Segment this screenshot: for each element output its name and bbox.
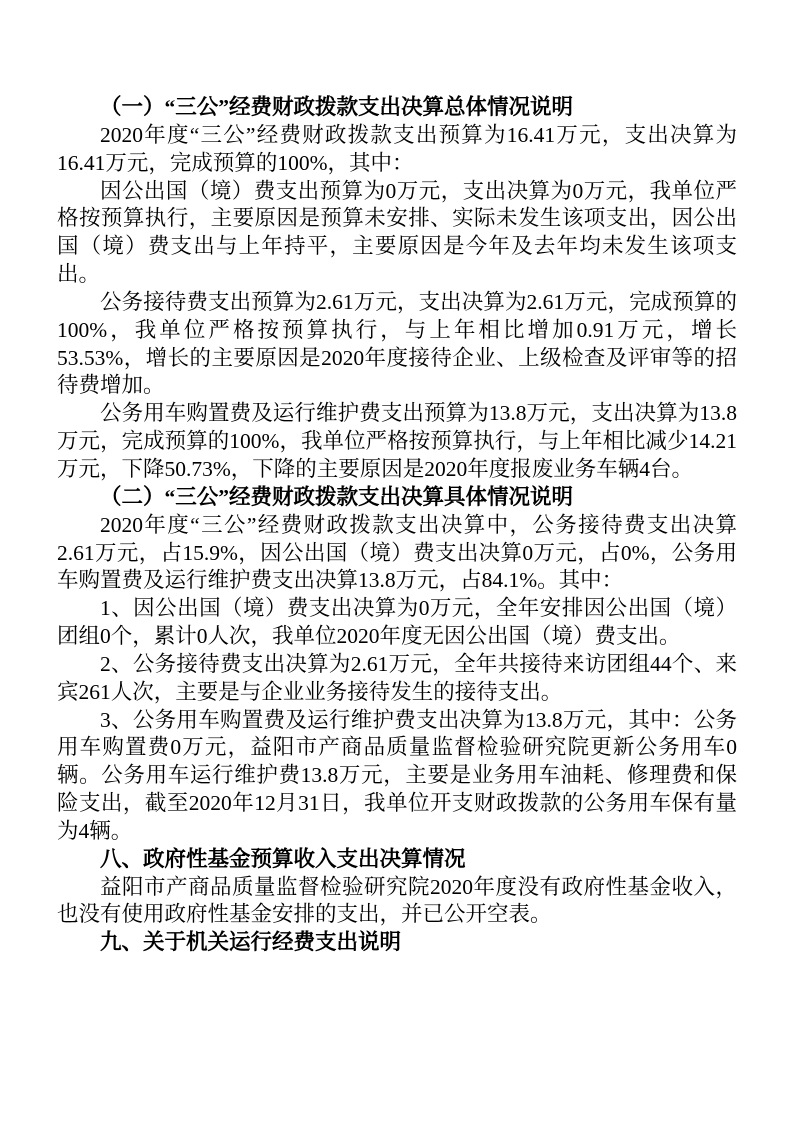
paragraph: 公务用车购置费及运行维护费支出预算为13.8万元，支出决算为13.8万元，完成预… bbox=[57, 400, 737, 484]
paragraph: 2、公务接待费支出决算为2.61万元，全年共接待来访团组44个、来宾261人次，… bbox=[57, 651, 737, 707]
paragraph: 2020年度“三公”经费财政拨款支出决算中，公务接待费支出决算2.61万元，占1… bbox=[57, 512, 737, 596]
paragraph: 3、公务用车购置费及运行维护费支出决算为13.8万元，其中：公务用车购置费0万元… bbox=[57, 707, 737, 846]
paragraph: 1、因公出国（境）费支出决算为0万元，全年安排因公出国（境）团组0个，累计0人次… bbox=[57, 595, 737, 651]
paragraph: 因公出国（境）费支出预算为0万元，支出决算为0万元，我单位严格按预算执行，主要原… bbox=[57, 178, 737, 289]
paragraph: 益阳市产商品质量监督检验研究院2020年度没有政府性基金收入，也没有使用政府性基… bbox=[57, 874, 737, 930]
document-page: （一）“三公”经费财政拨款支出决算总体情况说明2020年度“三公”经费财政拨款支… bbox=[0, 0, 793, 1122]
section-heading: 八、政府性基金预算收入支出决算情况 bbox=[57, 846, 737, 874]
section-heading: 九、关于机关运行经费支出说明 bbox=[57, 929, 737, 957]
section-heading: （二）“三公”经费财政拨款支出决算具体情况说明 bbox=[57, 484, 737, 512]
paragraph: 2020年度“三公”经费财政拨款支出预算为16.41万元，支出决算为16.41万… bbox=[57, 122, 737, 178]
paragraph: 公务接待费支出预算为2.61万元，支出决算为2.61万元，完成预算的100%，我… bbox=[57, 289, 737, 400]
section-heading: （一）“三公”经费财政拨款支出决算总体情况说明 bbox=[57, 94, 737, 122]
